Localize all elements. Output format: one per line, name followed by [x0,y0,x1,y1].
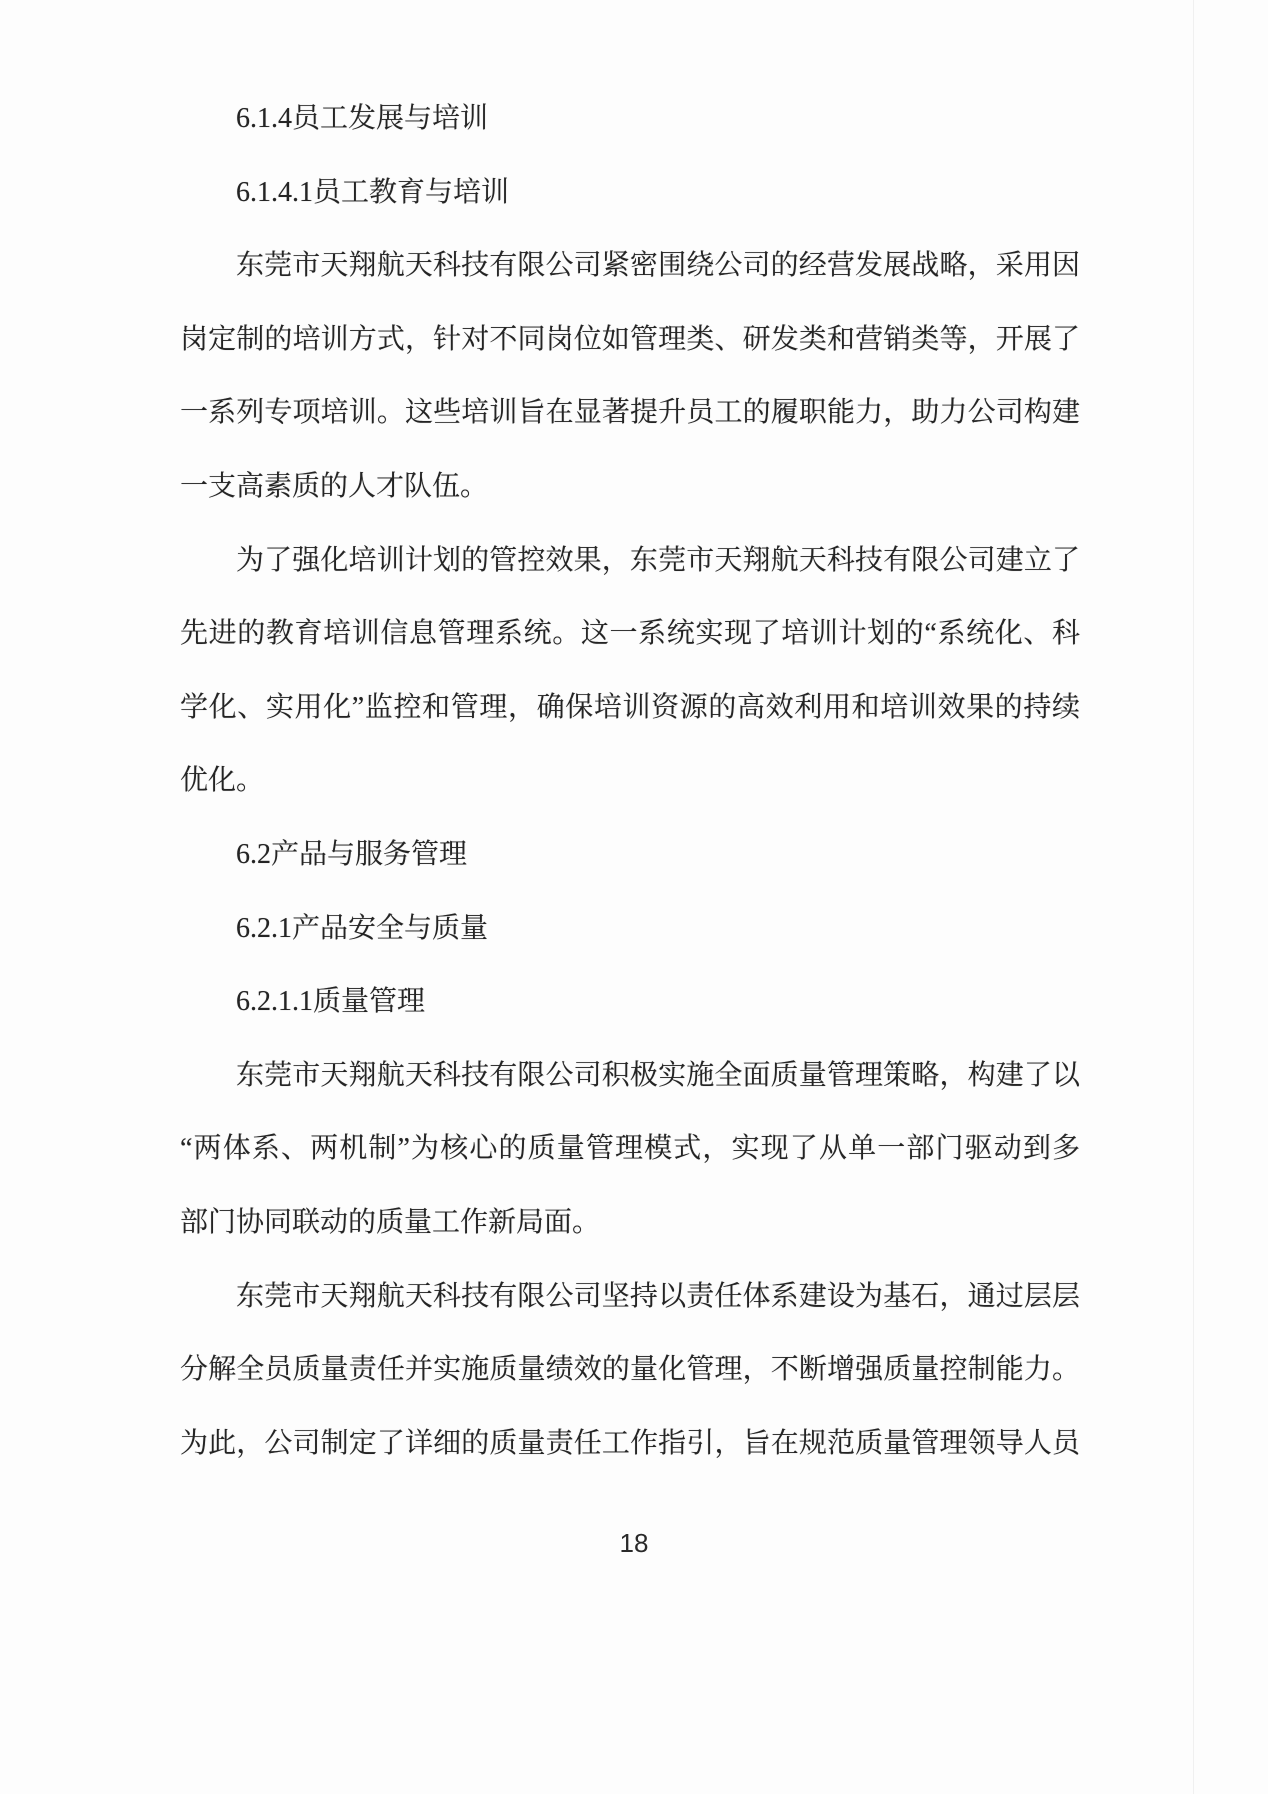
paragraph-3-line-2: “两体系、两机制”为核心的质量管理模式，实现了从单一部门驱动到多 [180,1112,1080,1186]
paragraph-2-line-4: 优化。 [180,744,1080,818]
heading-6-1-4-1: 6.1.4.1员工教育与培训 [180,156,1080,230]
paragraph-4-line-3: 为此，公司制定了详细的质量责任工作指引，旨在规范质量管理领导人员 [180,1407,1080,1481]
heading-6-2: 6.2产品与服务管理 [180,818,1080,892]
paragraph-1-line-2: 岗定制的培训方式，针对不同岗位如管理类、研发类和营销类等，开展了 [180,303,1080,377]
heading-6-2-1: 6.2.1产品安全与质量 [180,892,1080,966]
paragraph-1-line-3: 一系列专项培训。这些培训旨在显著提升员工的履职能力，助力公司构建 [180,376,1080,450]
paragraph-4-line-1: 东莞市天翔航天科技有限公司坚持以责任体系建设为基石，通过层层 [180,1260,1080,1334]
document-content: 6.1.4员工发展与培训 6.1.4.1员工教育与培训 东莞市天翔航天科技有限公… [180,82,1080,1480]
heading-6-2-1-1: 6.2.1.1质量管理 [180,965,1080,1039]
page-edge-line [1193,0,1194,1794]
paragraph-2-line-1: 为了强化培训计划的管控效果，东莞市天翔航天科技有限公司建立了 [180,524,1080,598]
page-number: 18 [0,1528,1268,1558]
paragraph-4-line-2: 分解全员质量责任并实施质量绩效的量化管理，不断增强质量控制能力。 [180,1333,1080,1407]
paragraph-3-line-1: 东莞市天翔航天科技有限公司积极实施全面质量管理策略，构建了以 [180,1039,1080,1113]
document-page: 6.1.4员工发展与培训 6.1.4.1员工教育与培训 东莞市天翔航天科技有限公… [0,0,1268,1794]
paragraph-3-line-3: 部门协同联动的质量工作新局面。 [180,1186,1080,1260]
paragraph-2-line-3: 学化、实用化”监控和管理，确保培训资源的高效利用和培训效果的持续 [180,671,1080,745]
paragraph-2-line-2: 先进的教育培训信息管理系统。这一系统实现了培训计划的“系统化、科 [180,597,1080,671]
paragraph-1-line-1: 东莞市天翔航天科技有限公司紧密围绕公司的经营发展战略，采用因 [180,229,1080,303]
heading-6-1-4: 6.1.4员工发展与培训 [180,82,1080,156]
paragraph-1-line-4: 一支高素质的人才队伍。 [180,450,1080,524]
